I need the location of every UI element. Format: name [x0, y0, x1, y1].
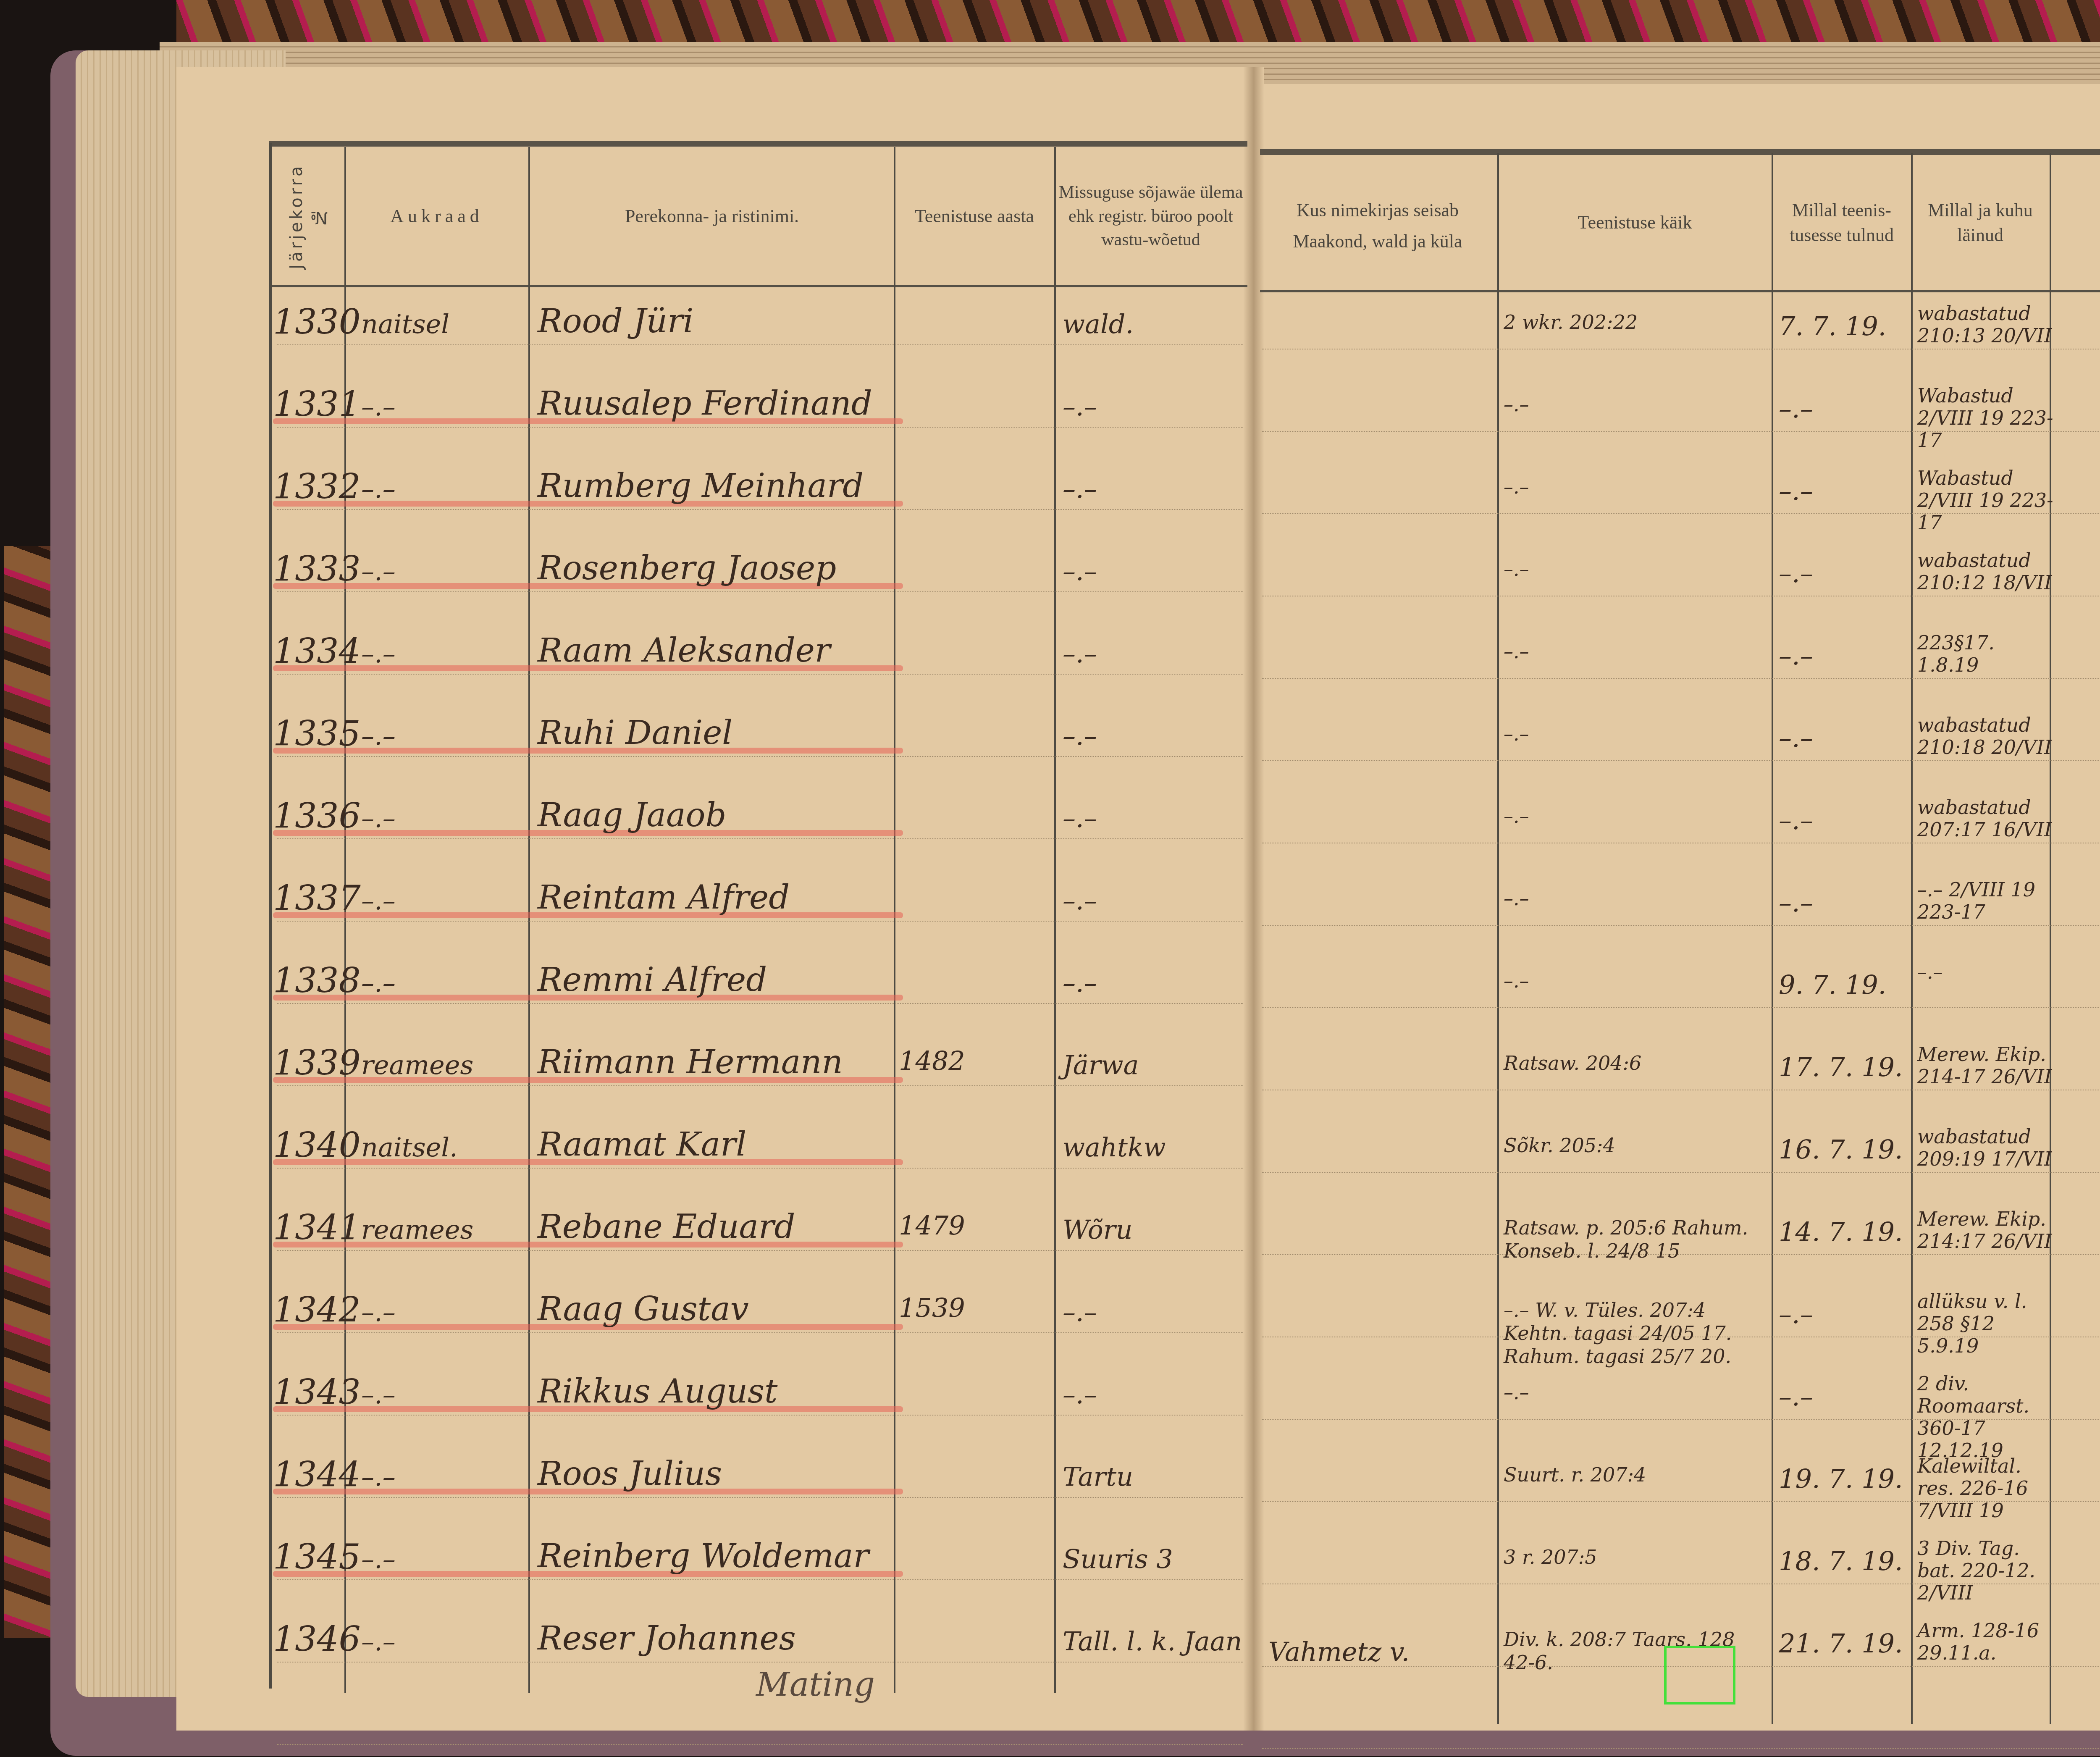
rank-cell: –.–	[361, 1544, 396, 1574]
ruled-line	[277, 921, 1243, 922]
departed-cell: allüksu v. l. 258 §12 5.9.19	[1917, 1290, 2060, 1357]
service-course-cell: –.–	[1504, 393, 1764, 416]
service-course-cell: Suurt. r. 207:4	[1504, 1463, 1764, 1486]
location-cell: Vahmetz v.	[1268, 1636, 1410, 1667]
name-cell: Raamat Karl	[538, 1126, 746, 1163]
departed-cell: wabastatud 210:12 18/VII	[1917, 549, 2060, 594]
accepted-by-cell: –.–	[1063, 391, 1097, 422]
header-service-year: Teenistuse aasta	[897, 151, 1052, 281]
highlight-box[interactable]	[1664, 1646, 1735, 1704]
arrived-date-cell: 9. 7. 19.	[1779, 969, 1886, 1000]
rank-cell: naitsel	[361, 309, 449, 339]
departed-cell: Kalewiltal. res. 226-16 7/VIII 19	[1917, 1455, 2060, 1522]
row-number: 1331	[273, 385, 361, 425]
service-course-cell: Ratsaw. 204:6	[1504, 1052, 1764, 1075]
accepted-by-cell: wahtkw	[1063, 1132, 1166, 1163]
ruled-line	[277, 591, 1243, 593]
row-number: 1336	[273, 796, 361, 836]
rank-cell: –.–	[361, 1626, 396, 1657]
accepted-by-cell: –.–	[1063, 803, 1097, 833]
ruled-line	[1262, 349, 2100, 350]
accepted-by-cell: –.–	[1063, 720, 1097, 751]
header-top-rule-right	[1260, 149, 2100, 155]
row-number: 1338	[273, 961, 361, 1001]
row-number: 1333	[273, 549, 361, 589]
rank-cell: –.–	[361, 803, 396, 833]
name-cell: Rikkus August	[538, 1373, 777, 1410]
name-cell: Rood Jüri	[538, 302, 693, 340]
service-course-cell: –.–	[1504, 1381, 1764, 1404]
arrived-date-cell: –.–	[1779, 1299, 1813, 1329]
rank-cell: reamees	[361, 1214, 473, 1245]
departed-cell: 2 div. Roomaarst. 360-17 12.12.19	[1917, 1373, 2060, 1462]
arrived-date-cell: –.–	[1779, 558, 1813, 588]
departed-cell: wabastatud 207:17 16/VII	[1917, 796, 2060, 841]
service-course-cell: 3 r. 207:5	[1504, 1546, 1764, 1569]
ruled-line	[1262, 1172, 2100, 1174]
accepted-by-cell: –.–	[1063, 556, 1097, 586]
name-cell: Raam Aleksander	[538, 632, 830, 670]
rank-cell: –.–	[361, 885, 396, 916]
ruled-line	[277, 1250, 1243, 1252]
ruled-line	[277, 1415, 1243, 1416]
left-border	[269, 143, 272, 1689]
rank-cell: –.–	[361, 638, 396, 669]
col-divider	[894, 147, 895, 1693]
marbled-cover-left	[4, 546, 50, 1638]
ruled-line	[1262, 760, 2100, 762]
rank-cell: –.–	[361, 556, 396, 586]
arrived-date-cell: –.–	[1779, 475, 1813, 506]
header-bottom-rule-right	[1260, 290, 2100, 292]
accepted-by-cell: Tartu	[1063, 1461, 1133, 1492]
ruled-line	[277, 756, 1243, 758]
accepted-by-cell: –.–	[1063, 967, 1097, 998]
arrived-date-cell: –.–	[1779, 722, 1813, 753]
row-number: 1341	[273, 1208, 361, 1248]
header-departed: Millal ja kuhu läinud	[1913, 160, 2047, 286]
year-cell: 1539	[899, 1292, 965, 1323]
row-number: 1344	[273, 1455, 361, 1495]
service-course-cell: –.–	[1504, 475, 1764, 499]
rank-cell: –.–	[361, 473, 396, 504]
accepted-by-cell: wald.	[1063, 309, 1134, 339]
accepted-by-cell: Tall. l. k. Jaan	[1063, 1626, 1242, 1657]
ruled-line	[277, 674, 1243, 675]
arrived-date-cell: –.–	[1779, 1381, 1813, 1412]
arrived-date-cell: –.–	[1779, 805, 1813, 835]
header-location-line1: Kus nimekirjas seisab	[1260, 160, 1495, 223]
arrived-date-cell: –.–	[1779, 640, 1813, 671]
accepted-by-cell: Järwa	[1063, 1050, 1139, 1080]
name-cell: Riimann Hermann	[538, 1043, 843, 1081]
service-course-cell: –.–	[1504, 722, 1764, 746]
departed-cell: Arm. 128-16 29.11.a.	[1917, 1620, 2060, 1664]
row-number: 1346	[273, 1620, 361, 1660]
arrived-date-cell: 19. 7. 19.	[1779, 1463, 1903, 1494]
ruled-line	[277, 1662, 1243, 1663]
arrived-date-cell: –.–	[1779, 393, 1813, 424]
name-cell: Ruusalep Ferdinand	[538, 385, 872, 423]
header-rank: Aukraad	[346, 151, 527, 281]
col-divider	[1772, 153, 1773, 1724]
accepted-by-cell: Wõru	[1063, 1214, 1132, 1245]
accepted-by-cell: –.–	[1063, 473, 1097, 504]
arrived-date-cell: 7. 7. 19.	[1779, 311, 1886, 341]
col-divider	[1054, 147, 1056, 1693]
accepted-by-cell: –.–	[1063, 885, 1097, 916]
col-divider	[1497, 153, 1499, 1724]
header-service-course: Teenistuse käik	[1499, 160, 1770, 286]
rank-cell: –.–	[361, 967, 396, 998]
service-course-cell: Ratsaw. p. 205:6 Rahum. Konseb. l. 24/8 …	[1504, 1216, 1764, 1263]
service-course-cell: –.–	[1504, 887, 1764, 910]
ruled-line	[277, 1332, 1243, 1334]
ruled-line	[277, 1579, 1243, 1581]
service-course-cell: –.–	[1504, 805, 1764, 828]
name-cell: Raag Jaaob	[538, 796, 726, 834]
row-number: 1337	[273, 879, 361, 919]
ruled-line	[1262, 843, 2100, 844]
accepted-by-cell: –.–	[1063, 1379, 1097, 1410]
ruled-line	[1262, 1090, 2100, 1091]
book-gutter	[1243, 67, 1264, 1731]
accepted-by-cell: Suuris 3	[1063, 1544, 1173, 1574]
departed-cell: –.– 2/VIII 19 223-17	[1917, 879, 2060, 923]
name-cell: Rebane Eduard	[538, 1208, 795, 1246]
arrived-date-cell: 16. 7. 19.	[1779, 1134, 1903, 1165]
header-top-rule-left	[269, 141, 1247, 147]
name-cell: Rumberg Meinhard	[538, 467, 864, 505]
col-divider	[528, 147, 530, 1693]
row-number: 1343	[273, 1373, 361, 1413]
service-course-cell: –.–	[1504, 640, 1764, 663]
header-accepted-by: Missuguse sõjawäe ülema ehk registr. bür…	[1056, 151, 1245, 281]
ruled-line	[277, 344, 1243, 346]
departed-cell: 3 Div. Tag. bat. 220-12. 2/VIII	[1917, 1537, 2060, 1604]
header-bottom-rule-left	[269, 285, 1247, 287]
rank-cell: –.–	[361, 1379, 396, 1410]
col-divider	[1911, 153, 1913, 1724]
ruled-line	[277, 509, 1243, 511]
departed-cell: Merew. Ekip. 214:17 26/VII	[1917, 1208, 2060, 1253]
departed-cell: –.–	[1917, 961, 2060, 983]
ruled-line	[277, 1003, 1243, 1005]
rank-cell: –.–	[361, 391, 396, 422]
accepted-by-cell: –.–	[1063, 1297, 1097, 1327]
header-arrived: Millal teenis-tusesse tulnud	[1774, 160, 1909, 286]
departed-cell: wabastatud 210:13 20/VII	[1917, 302, 2060, 347]
rank-cell: naitsel.	[361, 1132, 458, 1163]
name-cell: Ruhi Daniel	[538, 714, 732, 752]
ruled-line	[1262, 925, 2100, 927]
year-cell: 1482	[899, 1045, 965, 1076]
name-cell: Remmi Alfred	[538, 961, 767, 999]
row-number: 1330	[273, 302, 361, 342]
name-cell: Reser Johannes	[538, 1620, 796, 1657]
service-course-cell: 2 wkr. 202:22	[1504, 311, 1764, 334]
departed-cell: wabastatud 209:19 17/VII	[1917, 1126, 2060, 1170]
departed-cell: 223§17. 1.8.19	[1917, 632, 2060, 676]
ruled-line	[1262, 678, 2100, 680]
departed-cell: Merew. Ekip. 214-17 26/VII	[1917, 1043, 2060, 1088]
name-cell: Reinberg Woldemar	[538, 1537, 869, 1575]
ruled-line	[1262, 596, 2100, 597]
header-location-line2: Maakond, wald ja küla	[1260, 218, 1495, 265]
ruled-line	[1262, 1748, 2100, 1750]
header-name: Perekonna- ja ristinimi.	[531, 151, 892, 281]
row-number: 1334	[273, 632, 361, 672]
accepted-by-cell: –.–	[1063, 638, 1097, 669]
name-cell: Rosenberg Jaosep	[538, 549, 836, 587]
row-number: 1332	[273, 467, 361, 507]
ruled-line	[277, 1168, 1243, 1169]
ruled-line	[1262, 1007, 2100, 1009]
arrived-date-cell: 18. 7. 19.	[1779, 1546, 1903, 1576]
row-number: 1340	[273, 1126, 361, 1166]
rank-cell: –.–	[361, 1461, 396, 1492]
year-cell: 1479	[899, 1210, 965, 1241]
departed-cell: Wabastud 2/VIII 19 223-17	[1917, 467, 2060, 534]
service-course-cell: –.– W. v. Tüles. 207:4 Kehtn. tagasi 24/…	[1504, 1299, 1764, 1368]
header-order-number: Järjekorra №	[273, 151, 342, 281]
ruled-line	[277, 1744, 1243, 1746]
name-extra: Mating	[756, 1666, 875, 1704]
service-course-cell: Sõkr. 205:4	[1504, 1134, 1764, 1157]
header-notes: Märkus	[2052, 160, 2100, 286]
row-number: 1339	[273, 1043, 361, 1083]
ruled-line	[277, 1085, 1243, 1087]
row-number: 1335	[273, 714, 361, 754]
ruled-line	[277, 427, 1243, 428]
arrived-date-cell: 17. 7. 19.	[1779, 1052, 1903, 1082]
ruled-line	[277, 838, 1243, 840]
service-course-cell: –.–	[1504, 558, 1764, 581]
rank-cell: reamees	[361, 1050, 473, 1080]
arrived-date-cell: –.–	[1779, 887, 1813, 918]
arrived-date-cell: 21. 7. 19.	[1779, 1628, 1903, 1659]
rank-cell: –.–	[361, 720, 396, 751]
departed-cell: wabastatud 210:18 20/VII	[1917, 714, 2060, 759]
rank-cell: –.–	[361, 1297, 396, 1327]
name-cell: Raag Gustav	[538, 1290, 749, 1328]
service-course-cell: –.–	[1504, 969, 1764, 993]
name-cell: Reintam Alfred	[538, 879, 790, 917]
row-number: 1342	[273, 1290, 361, 1330]
arrived-date-cell: 14. 7. 19.	[1779, 1216, 1903, 1247]
departed-cell: Wabastud 2/VIII 19 223-17	[1917, 385, 2060, 452]
row-number: 1345	[273, 1537, 361, 1577]
ruled-line	[277, 1497, 1243, 1499]
name-cell: Roos Julius	[538, 1455, 722, 1493]
